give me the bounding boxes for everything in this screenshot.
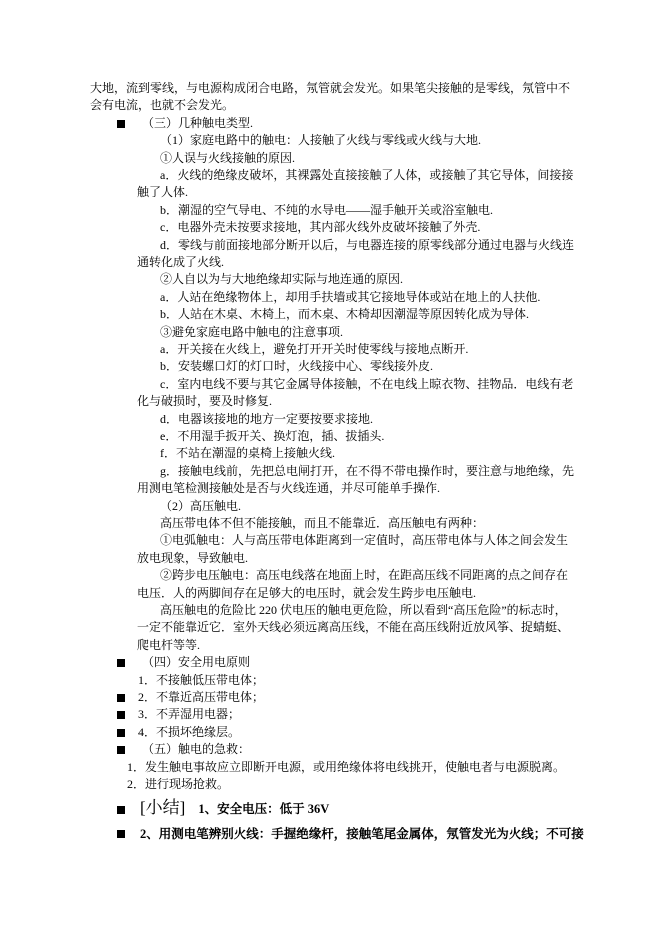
text-line: ③避免家庭电路中触电的注意事项. bbox=[160, 324, 343, 341]
bullet-square-icon bbox=[117, 830, 125, 838]
text-line: b．潮湿的空气导电、不纯的水导电——湿手触开关或浴室触电. bbox=[160, 202, 493, 219]
bullet-square-icon bbox=[117, 746, 125, 754]
text-line: ①电弧触电：人与高压带电体距离到一定值时，高压带电体与人体之间会发生 bbox=[160, 532, 568, 549]
text-line: g．接触电线前，先把总电闸打开，在不得不带电操作时，要注意与地绝缘，先 bbox=[160, 463, 574, 480]
text-line: （2）高压触电. bbox=[160, 498, 241, 515]
text-line: 1．不接触低压带电体； bbox=[138, 672, 264, 689]
section-heading-line: （三）几种触电类型. bbox=[142, 115, 253, 132]
text-line: （1）家庭电路中的触电：人接触了火线与零线或火线与大地. bbox=[160, 132, 481, 149]
bullet-square-icon bbox=[117, 806, 125, 814]
section-heading-line: （四）安全用电原则 bbox=[142, 654, 250, 671]
text-line: a．开关接在火线上，避免打开开关时使零线与接地点断开. bbox=[160, 341, 468, 358]
text-line: 通转化成了火线. bbox=[137, 254, 224, 271]
bullet-square-icon bbox=[117, 711, 125, 719]
text-line: 放电现象，导致触电. bbox=[137, 550, 248, 567]
text-line: c．电器外壳未按要求接地，其内部火线外皮破坏接触了外壳. bbox=[160, 219, 480, 236]
text-line: a．人站在绝缘物体上，却用手扶墙或其它接地导体或站在地上的人扶他. bbox=[160, 289, 540, 306]
text-line: d．零线与前面接地部分断开以后，与电器连接的原零线部分通过电器与火线连 bbox=[160, 237, 574, 254]
text-line: 高压触电的危险比 220 伏电压的触电更危险，所以看到“高压危险”的标志时， bbox=[160, 602, 567, 619]
bullet-square-icon bbox=[117, 120, 125, 128]
text-line: 1．发生触电事故应立即断开电源，或用绝缘体将电线挑开，使触电者与电源脱离。 bbox=[127, 759, 565, 776]
text-line: 3．不弄湿用电器； bbox=[138, 706, 240, 723]
summary-point-1: 1、安全电压：低于 36V bbox=[198, 802, 329, 816]
section-heading-line: （五）触电的急救： bbox=[142, 741, 250, 758]
text-line: d．电器该接地的地方一定要按要求接地. bbox=[160, 411, 373, 428]
text-line: ②人自以为与大地绝缘却实际与地连通的原因. bbox=[160, 271, 403, 288]
text-line: 用测电笔检测接触处是否与火线连通，并尽可能单手操作. bbox=[137, 480, 440, 497]
text-line: 触了人体. bbox=[137, 184, 188, 201]
text-line: ②跨步电压触电：高压电线落在地面上时，在距高压线不同距离的点之间存在 bbox=[160, 567, 568, 584]
document-page: 大地，流到零线，与电源构成闭合电路，氖管就会发光。如果笔尖接触的是零线，氖管中不… bbox=[0, 0, 661, 935]
text-line: 2．不靠近高压带电体； bbox=[138, 689, 264, 706]
text-line: 2．进行现场抢救。 bbox=[127, 776, 229, 793]
text-line: b．安装螺口灯的灯口时，火线接中心、零线接外皮. bbox=[160, 358, 433, 375]
text-line: b．人站在木桌、木椅上，而木桌、木椅却因潮湿等原因转化成为导体. bbox=[160, 306, 529, 323]
text-line: ①人误与火线接触的原因. bbox=[160, 150, 295, 167]
text-line: 电压．人的两脚间存在足够大的电压时，就会发生跨步电压触电. bbox=[137, 585, 476, 602]
text-line: 4．不损坏绝缘层。 bbox=[138, 724, 240, 741]
bullet-square-icon bbox=[117, 694, 125, 702]
bullet-square-icon bbox=[117, 729, 125, 737]
text-line: 爬电杆等等. bbox=[137, 637, 200, 654]
summary-point-2: 2、用测电笔辨别火线：手握绝缘杆，接触笔尾金属体，氖管发光为火线；不可接 bbox=[140, 826, 584, 843]
summary-bracket-label: [小结] bbox=[140, 798, 185, 817]
bullet-square-icon bbox=[117, 659, 125, 667]
text-line: 大地，流到零线，与电源构成闭合电路，氖管就会发光。如果笔尖接触的是零线，氖管中不 bbox=[90, 80, 570, 97]
text-line: 会有电流，也就不会发光。 bbox=[90, 97, 234, 114]
summary-heading-line: [小结]1、安全电压：低于 36V bbox=[140, 798, 329, 818]
text-line: e．不用湿手扳开关、换灯泡，插、拔插头. bbox=[160, 428, 384, 445]
text-line: 高压带电体不但不能接触，而且不能靠近．高压触电有两种： bbox=[160, 515, 484, 532]
text-line: f．不站在潮湿的桌椅上接触火线. bbox=[160, 445, 335, 462]
text-line: a．火线的绝缘皮破坏，其裸露处直接接触了人体，或接触了其它导体，间接接 bbox=[160, 167, 573, 184]
text-line: c．室内电线不要与其它金属导体接触，不在电线上晾衣物、挂物品．电线有老 bbox=[160, 376, 573, 393]
text-line: 化与破损时，要及时修复. bbox=[137, 393, 272, 410]
text-line: 一定不能靠近它．室外天线必须远离高压线，不能在高压线附近放风筝、捉蜻蜓、 bbox=[137, 619, 569, 636]
